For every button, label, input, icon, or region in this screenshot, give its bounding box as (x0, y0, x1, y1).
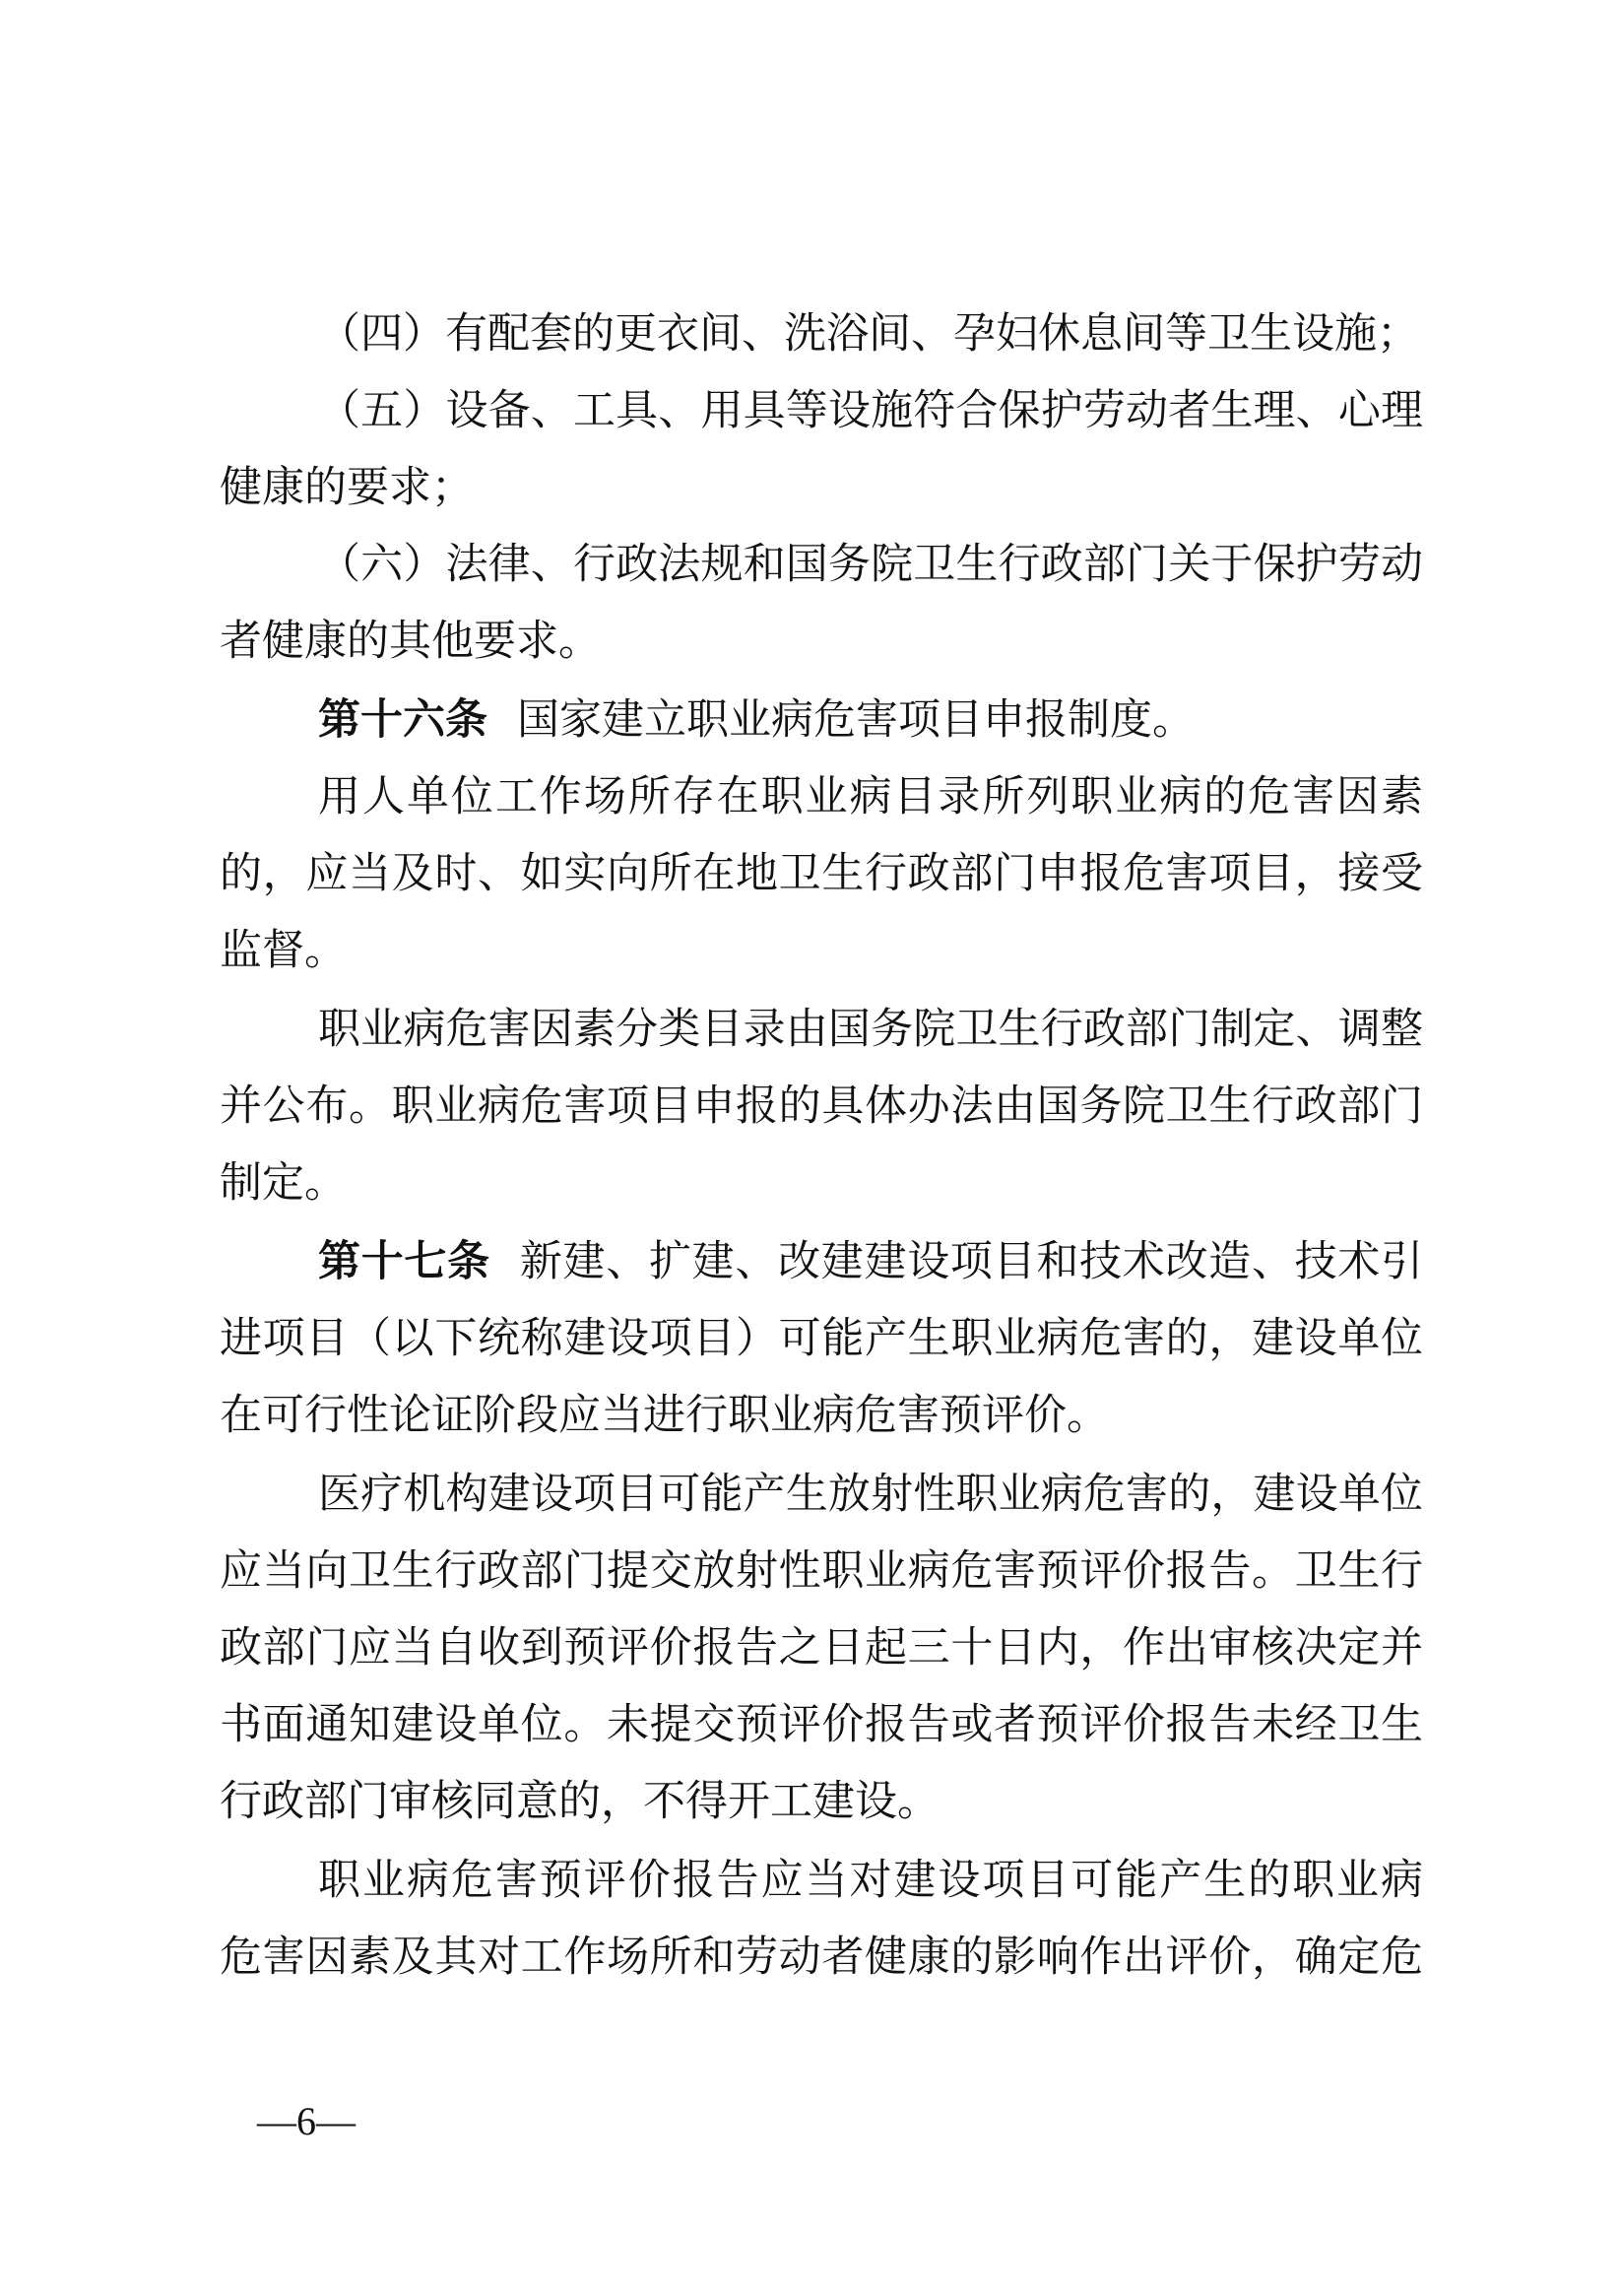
article-16-p3-line-1: 职业病危害因素分类目录由国务院卫生行政部门制定、调整 (220, 991, 1423, 1068)
article-16-p3-line-2: 并公布。职业病危害项目申报的具体办法由国务院卫生行政部门 (220, 1068, 1423, 1145)
article-16-p2-line-3: 监督。 (220, 912, 1423, 989)
document-page: （四）有配套的更衣间、洗浴间、孕妇休息间等卫生设施； （五）设备、工具、用具等设… (0, 0, 1621, 2296)
article-16-heading: 第十六条 (318, 695, 487, 745)
paragraph-item-6-line-1: （六）法律、行政法规和国务院卫生行政部门关于保护劳动 (220, 526, 1423, 603)
article-16-p2-line-1: 用人单位工作场所存在职业病目录所列职业病的危害因素 (220, 758, 1423, 835)
paragraph-item-5-line-2: 健康的要求； (220, 449, 1423, 526)
article-17-line-3: 在可行性论证阶段应当进行职业病危害预评价。 (220, 1377, 1423, 1454)
page-number: —6— (257, 2098, 356, 2145)
article-17-p3-line-2: 危害因素及其对工作场所和劳动者健康的影响作出评价，确定危 (220, 1919, 1423, 1996)
article-16-text: 国家建立职业病危害项目申报制度。 (517, 695, 1195, 745)
paragraph-item-6-line-2: 者健康的其他要求。 (220, 603, 1423, 680)
article-17-p2-line-5: 行政部门审核同意的，不得开工建设。 (220, 1763, 1423, 1840)
article-17-heading-line: 第十七条新建、扩建、改建建设项目和技术改造、技术引 (220, 1223, 1423, 1300)
article-17-heading: 第十七条 (318, 1237, 490, 1286)
paragraph-item-4-line-1: （四）有配套的更衣间、洗浴间、孕妇休息间等卫生设施； (220, 295, 1423, 372)
article-17-text-1: 新建、扩建、改建建设项目和技术改造、技术引 (520, 1237, 1423, 1286)
article-17-p2-line-3: 政部门应当自收到预评价报告之日起三十日内，作出审核决定并 (220, 1609, 1423, 1686)
article-17-p2-line-1: 医疗机构建设项目可能产生放射性职业病危害的，建设单位 (220, 1456, 1423, 1533)
article-16-heading-line: 第十六条国家建立职业病危害项目申报制度。 (220, 682, 1423, 758)
article-17-p2-line-2: 应当向卫生行政部门提交放射性职业病危害预评价报告。卫生行 (220, 1533, 1423, 1609)
paragraph-item-5-line-1: （五）设备、工具、用具等设施符合保护劳动者生理、心理 (220, 372, 1423, 449)
article-17-p2-line-4: 书面通知建设单位。未提交预评价报告或者预评价报告未经卫生 (220, 1686, 1423, 1763)
article-17-line-2: 进项目（以下统称建设项目）可能产生职业病危害的，建设单位 (220, 1300, 1423, 1377)
article-16-p3-line-3: 制定。 (220, 1145, 1423, 1221)
article-17-p3-line-1: 职业病危害预评价报告应当对建设项目可能产生的职业病 (220, 1842, 1423, 1919)
article-16-p2-line-2: 的，应当及时、如实向所在地卫生行政部门申报危害项目，接受 (220, 835, 1423, 912)
body-text: （四）有配套的更衣间、洗浴间、孕妇休息间等卫生设施； （五）设备、工具、用具等设… (220, 295, 1423, 1996)
